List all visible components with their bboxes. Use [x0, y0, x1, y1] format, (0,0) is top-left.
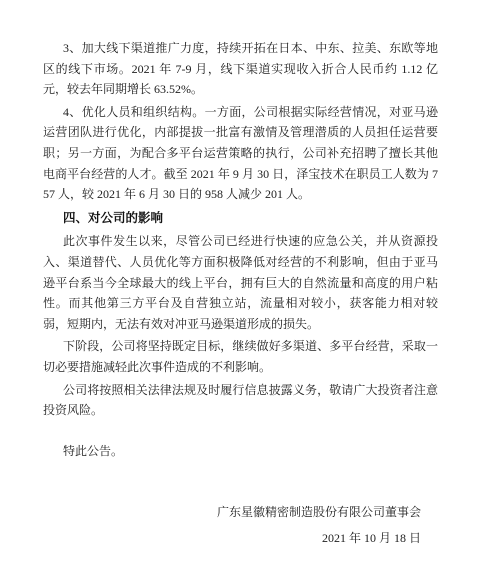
paragraph-disclosure: 公司将按照相关法律法规及时履行信息披露义务，敬请广大投资者注意投资风险。	[43, 380, 438, 421]
closing-statement: 特此公告。	[43, 441, 438, 462]
section-heading-company-impact: 四、对公司的影响	[43, 208, 438, 229]
announcement-date: 2021 年 10 月 18 日	[43, 528, 421, 549]
paragraph-item-3: 3、加大线下渠道推广力度，持续开拓在日本、中东、拉美、东欧等地区的线下市场。20…	[43, 38, 438, 100]
paragraph-next-stage: 下阶段，公司将坚持既定目标，继续做好多渠道、多平台经营，采取一切必要措施减轻此次…	[43, 336, 438, 377]
paragraph-item-4: 4、优化人员和组织结构。一方面，公司根据实际经营情况，对亚马逊运营团队进行优化，…	[43, 102, 438, 205]
document-page: 3、加大线下渠道推广力度，持续开拓在日本、中东、拉美、东欧等地区的线下市场。20…	[0, 0, 481, 585]
signature-block: 广东星徽精密制造股份有限公司董事会 2021 年 10 月 18 日	[43, 502, 438, 549]
company-board-signature: 广东星徽精密制造股份有限公司董事会	[43, 502, 421, 523]
paragraph-impact: 此次事件发生以来，尽管公司已经进行快速的应急公关，并从资源投入、渠道替代、人员优…	[43, 231, 438, 334]
